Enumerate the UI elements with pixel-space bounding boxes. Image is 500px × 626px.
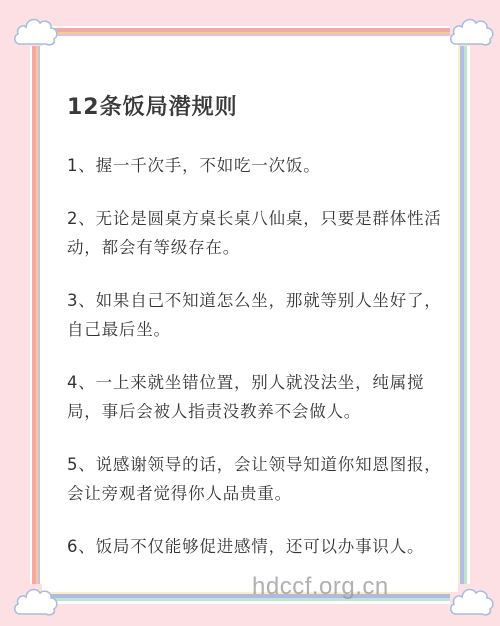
- frame-stripe-bottom: [50, 592, 450, 604]
- rule-item-3: 3、如果自己不知道怎么坐，那就等别人坐好了，自己最后坐。: [67, 286, 447, 344]
- cloud-icon: [448, 584, 496, 618]
- frame-stripe-right: [458, 46, 470, 584]
- rule-item-2: 2、无论是圆桌方桌长桌八仙桌，只要是群体性活动，都会有等级存在。: [67, 204, 447, 262]
- rule-item-6: 6、饭局不仅能够促进感情，还可以办事识人。: [67, 532, 447, 561]
- rule-item-4: 4、一上来就坐错位置，别人就没法坐，纯属搅局，事后会被人指责没教养不会做人。: [67, 368, 447, 426]
- rule-item-1: 1、握一千次手，不如吃一次饭。: [67, 151, 447, 180]
- watermark: hdccf.org.cn: [252, 573, 389, 601]
- frame-stripe-top: [50, 26, 450, 38]
- frame-stripe-left: [30, 46, 42, 584]
- rule-item-5: 5、说感谢领导的话，会让领导知道你知恩图报，会让旁观者觉得你人品贵重。: [67, 450, 447, 508]
- article-content: 12条饭局潜规则 1、握一千次手，不如吃一次饭。 2、无论是圆桌方桌长桌八仙桌，…: [67, 92, 447, 585]
- cloud-icon: [12, 584, 60, 618]
- page-title: 12条饭局潜规则: [67, 92, 447, 124]
- cloud-icon: [12, 14, 60, 48]
- cloud-icon: [448, 14, 496, 48]
